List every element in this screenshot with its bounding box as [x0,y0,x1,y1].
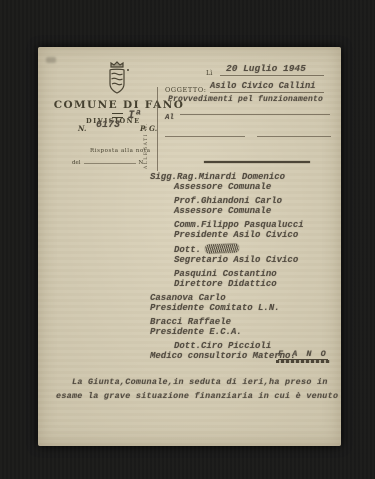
date-value: 20 Luglio 1945 [220,63,324,76]
recipient-name: Dott. [150,244,304,255]
division-value: Iª [128,110,141,122]
subject-line-2: Provvedimenti pel funzionamento [168,95,323,104]
body-line: La Giunta,Comunale,in seduta di ieri,ha … [56,376,336,390]
list-item: Pasquini Costantino Direttore Didattico [150,269,304,289]
city-stamp-underline [276,360,330,363]
blank-line-left [165,135,245,137]
reply-del-label: del [72,160,81,166]
blank-line-right [257,135,331,137]
separator-line [204,161,310,163]
recipient-name: Casanova Carlo [150,293,304,303]
list-item: Comm.Filippo Pasqualucci Presidente Asil… [150,220,304,240]
recipient-title: Assessore Comunale [150,206,304,216]
document-paper: COMUNE DI FANO DIVISIONE Iª N. 6173 P. G… [38,47,341,446]
city-stamp: F A N O [278,349,328,360]
recipient-name: Pasquini Costantino [150,269,304,279]
recipient-title: Assessore Comunale [150,182,304,192]
recipient-name: Prof.Ghiandoni Carlo [150,196,304,206]
recipient-name: Bracci Raffaele [150,317,304,327]
fano-coat-of-arms-icon [102,60,132,103]
recipient-name: Comm.Filippo Pasqualucci [150,220,304,230]
reply-note-row: delN. [72,157,145,166]
list-item: Prof.Ghiandoni Carlo Assessore Comunale [150,196,304,216]
subject-line-1: Asilo Civico Callini [210,81,324,93]
subject-label: OGGETTO: [165,86,207,94]
recipient-title: Presidente E.C.A. [150,327,304,337]
reply-blank-line [84,157,136,164]
list-item: Sigg.Rag.Minardi Domenico Assessore Comu… [150,172,304,192]
protocol-number-label: N. [78,124,86,133]
date-prefix: Lì [206,69,212,77]
list-item: Bracci Raffaele Presidente E.C.A. [150,317,304,337]
allegati-vertical-rule [157,87,158,171]
redacted-name-scribble [205,243,239,253]
letter-body: La Giunta,Comunale,in seduta di ieri,ha … [56,376,336,403]
recipient-title: Presidente Comitato L.N. [150,303,304,313]
addressee-label: Al [165,114,174,122]
recipient-title: Presidente Asilo Civico [150,230,304,240]
addressee-blank-line [180,113,330,115]
recipient-list: Sigg.Rag.Minardi Domenico Assessore Comu… [150,172,304,365]
list-item: Dott. Segretario Asilo Civico [150,244,304,265]
body-line: esame la grave situazione finanziaria in… [56,390,336,404]
pencil-mark [46,57,56,63]
recipient-name: Sigg.Rag.Minardi Domenico [150,172,304,182]
scanned-letter-photo: COMUNE DI FANO DIVISIONE Iª N. 6173 P. G… [0,0,375,479]
allegati-label: ALLEGATI N. [144,91,154,169]
protocol-number-value: 6173 [96,120,120,131]
reply-note-label: Risposta alla nota [90,148,151,154]
recipient-title: Segretario Asilo Civico [150,255,304,265]
list-item: Casanova Carlo Presidente Comitato L.N. [150,293,304,313]
recipient-title: Direttore Didattico [150,279,304,289]
